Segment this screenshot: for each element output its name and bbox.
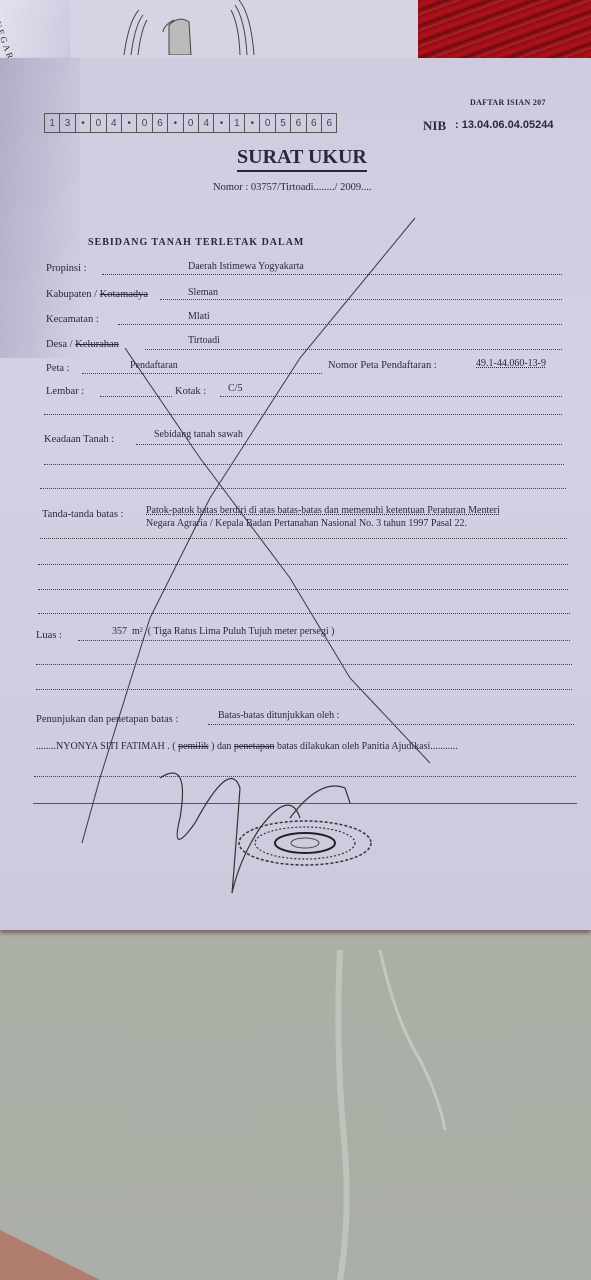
floor-stain <box>0 0 591 1280</box>
